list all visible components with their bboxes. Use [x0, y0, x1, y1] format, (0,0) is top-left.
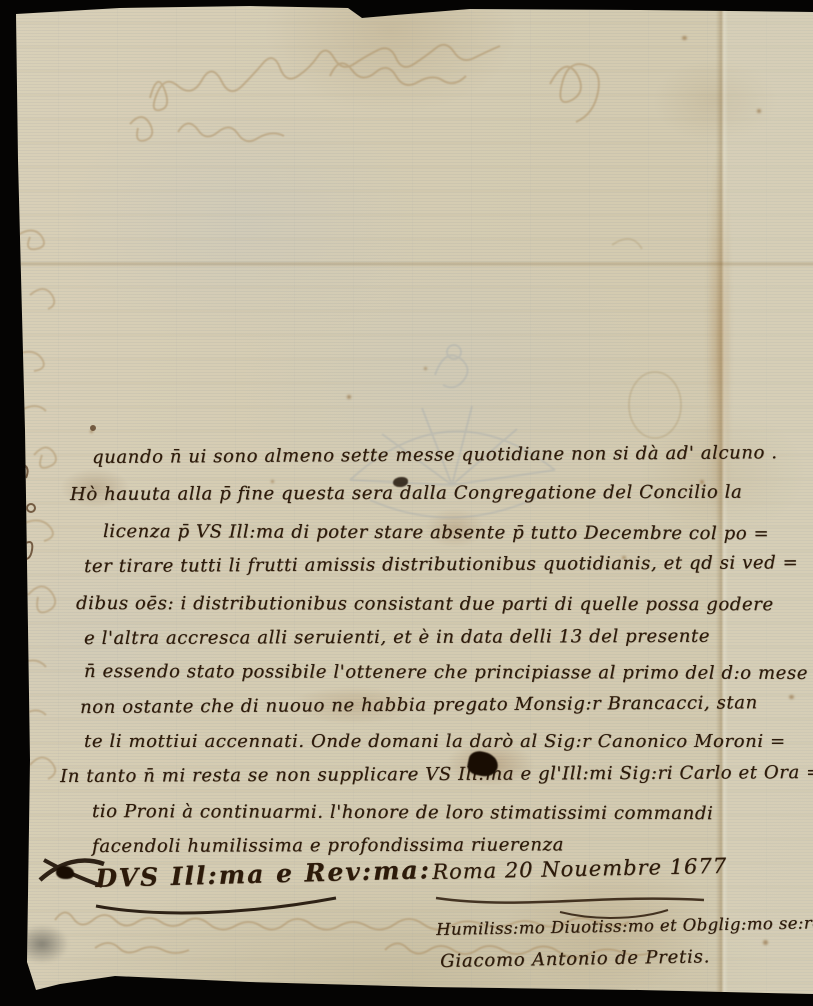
foxing-spot — [424, 367, 427, 370]
dateline: Roma 20 Nouembre 1677 — [432, 854, 727, 884]
letter-line: quando n̄ ui sono almeno sette messe quo… — [92, 442, 778, 468]
faint-ink-ring — [612, 239, 681, 438]
paper-sheet: quando n̄ ui sono almeno sette messe quo… — [0, 0, 813, 1006]
graphite-smudge — [6, 918, 78, 970]
letter-line: dibus oēs: i distributionibus consistant… — [76, 593, 774, 615]
letter-line: ter tirare tutti li frutti amissis distr… — [84, 552, 798, 577]
ink-blot — [56, 866, 74, 879]
letter-line: licenza p̄ VS Ill:ma di poter stare abse… — [103, 521, 769, 544]
horizontal-fold-crease — [14, 261, 813, 267]
letter-line: e l'altra accresca alli seruienti, et è … — [84, 626, 710, 649]
foxing-spot — [90, 430, 93, 433]
letter-line: n̄ essendo stato possibile l'ottenere ch… — [84, 661, 808, 684]
closing-formula: DVS Ill:ma e Rev:ma: — [95, 855, 431, 893]
letter-line: facendoli humilissima e profondissima ri… — [92, 834, 564, 857]
letter-line: te li mottiui accennati. Onde domani la … — [84, 731, 786, 752]
folded-right-panel — [724, 0, 813, 1006]
dateline-underline-flourish — [436, 898, 704, 918]
letter-line: Hò hauuta alla p̄ fine questa sera dalla… — [70, 482, 742, 505]
letter-line: non ostante che di nuouo ne habbia prega… — [80, 692, 758, 718]
foxing-spot — [682, 36, 687, 40]
foxing-spot — [763, 940, 768, 945]
foxing-spot — [347, 395, 351, 399]
signature-line: Giacomo Antonio de Pretis. — [440, 946, 710, 972]
foxing-spot — [757, 109, 761, 113]
scanned-letter: quando n̄ ui sono almeno sette messe quo… — [0, 0, 813, 1006]
letter-line: In tanto n̄ mi resta se non supplicare V… — [60, 762, 813, 787]
bleedthrough-writing-top — [130, 45, 599, 141]
letter-line: tio Proni à continuarmi. l'honore de lor… — [92, 801, 713, 824]
bleedthrough-writing-left-margin — [16, 230, 56, 779]
foxing-spot — [789, 695, 794, 699]
